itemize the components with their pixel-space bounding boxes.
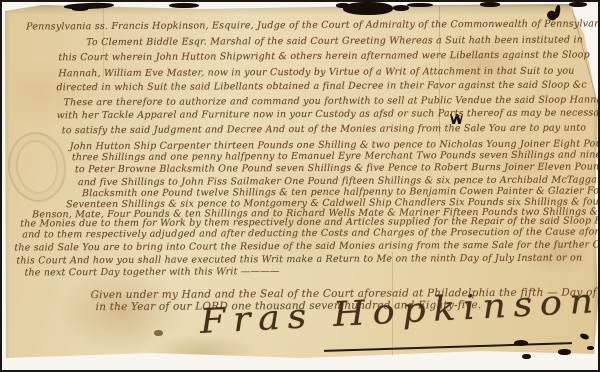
manuscript-line: with her Tackle Apparel and Furniture no… xyxy=(57,107,600,122)
manuscript-line: To Clement Biddle Esqr. Marshal of the s… xyxy=(86,35,583,50)
manuscript-line: this Court And how you shall have execut… xyxy=(16,253,582,268)
manuscript-line: this Court wherein John Hutton Shipwrigh… xyxy=(58,49,590,64)
manuscript-line: Pennsylvania ss. Francis Hopkinson, Esqu… xyxy=(26,18,600,33)
manuscript-line: Hannah, William Eve Master, now in your … xyxy=(58,66,574,81)
manuscript-line: to satisfy the said Judgment and Decree … xyxy=(62,123,587,138)
scanned-document-photo: Pennsylvania ss. Francis Hopkinson, Esqu… xyxy=(0,0,600,372)
manuscript-line: directed in which Suit the said Libellan… xyxy=(56,80,587,95)
ink-blot xyxy=(514,340,528,346)
manuscript-line: the next Court Day together with this Wr… xyxy=(24,266,279,279)
